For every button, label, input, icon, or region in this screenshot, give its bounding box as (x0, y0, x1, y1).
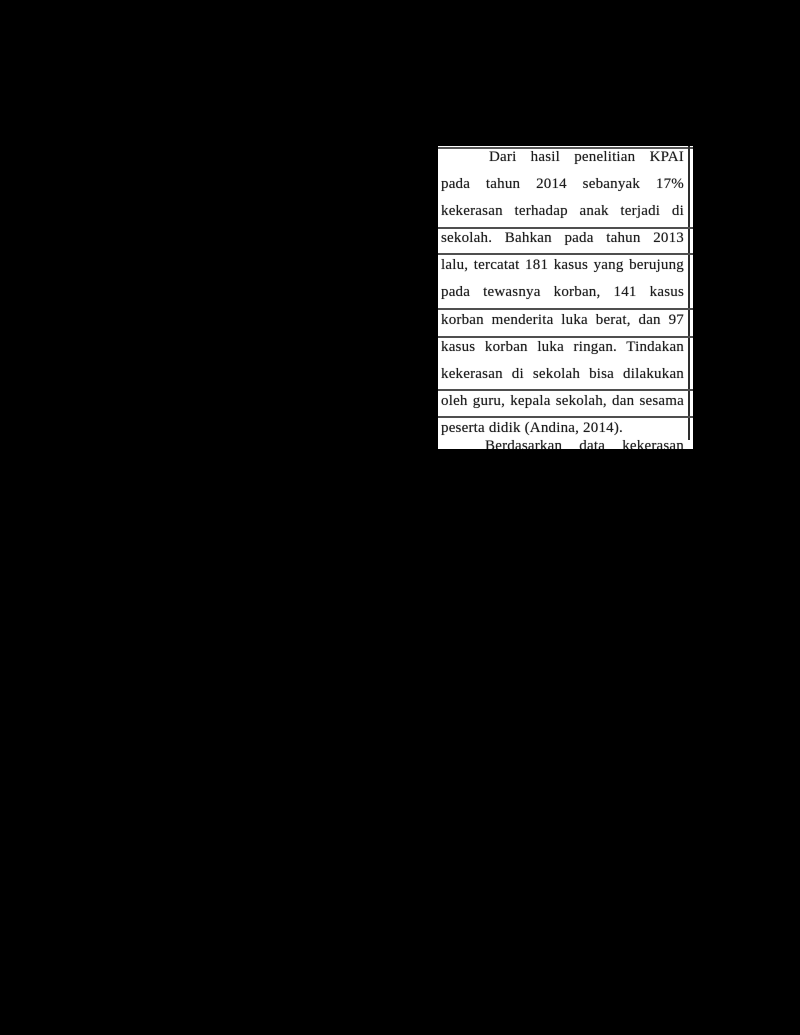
text-line: pada tewasnya korban, 141 kasus (438, 279, 688, 306)
text-line: kasus korban luka ringan. Tindakan (438, 334, 688, 361)
text-line: sekolah. Bahkan pada tahun 2013 (438, 225, 688, 252)
text-line: oleh guru, kepala sekolah, dan sesama (438, 388, 688, 415)
text-line: Dari hasil penelitian KPAI (438, 146, 688, 171)
scanned-page-excerpt: Dari hasil penelitian KPAIpada tahun 201… (438, 146, 693, 449)
page-right-border (688, 146, 690, 440)
text-line: kekerasan di sekolah bisa dilakukan (438, 361, 688, 388)
text-line: kekerasan terhadap anak terjadi di (438, 198, 688, 225)
paragraph-text: Dari hasil penelitian KPAIpada tahun 201… (438, 146, 688, 442)
clipped-next-line: Berdasarkan data kekerasan tersebut (438, 433, 688, 449)
text-line: pada tahun 2014 sebanyak 17% (438, 171, 688, 198)
document-viewer-canvas: Dari hasil penelitian KPAIpada tahun 201… (0, 0, 800, 1035)
text-line: lalu, tercatat 181 kasus yang berujung (438, 252, 688, 279)
text-line: korban menderita luka berat, dan 97 (438, 307, 688, 334)
